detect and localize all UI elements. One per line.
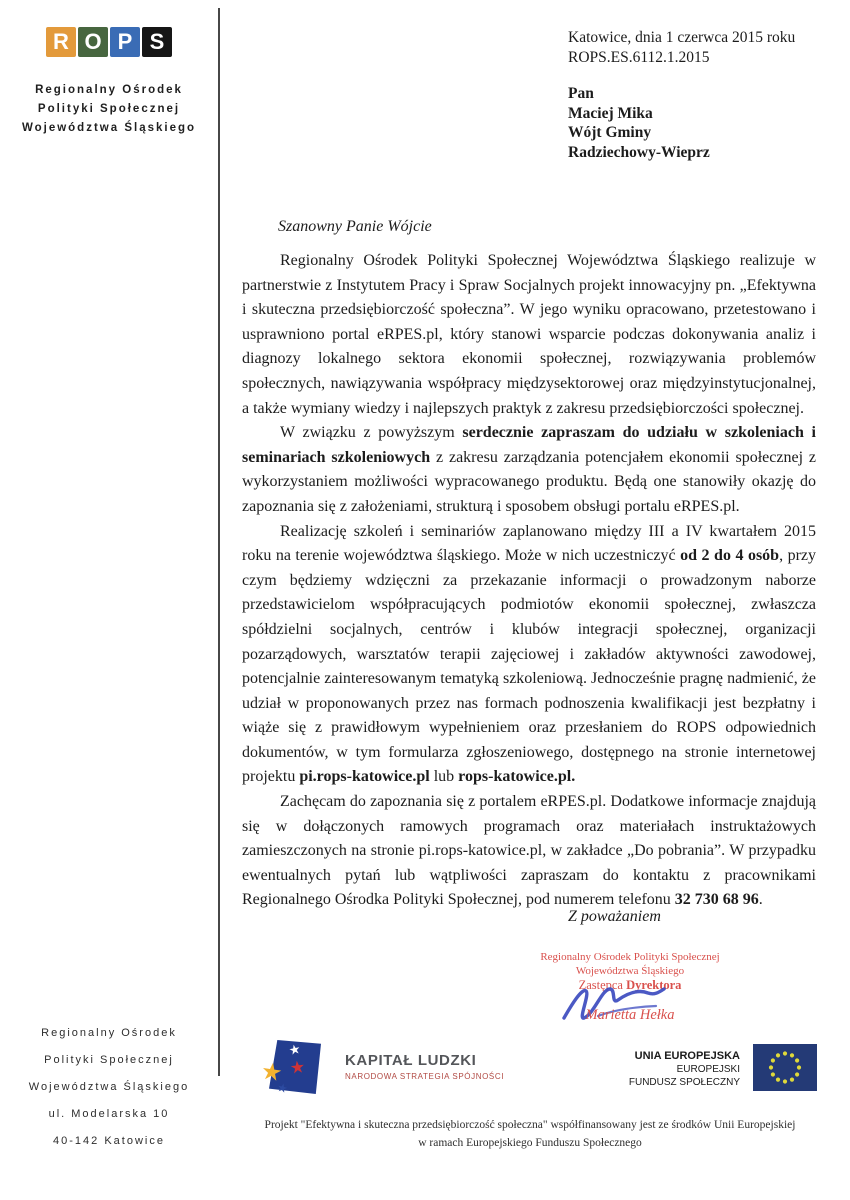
project-cofinancing-footer: Projekt "Efektywna i skuteczna przedsięb… (230, 1116, 830, 1152)
closing-phrase: Z poważaniem (568, 908, 661, 926)
eu-flag-icon (753, 1044, 817, 1091)
address-line: Województwa Śląskiego (0, 1074, 218, 1101)
address-line: ul. Modelarska 10 (0, 1101, 218, 1128)
reference-number: ROPS.ES.6112.1.2015 (568, 48, 795, 68)
footer-address-block: Regionalny Ośrodek Polityki Społecznej W… (0, 1020, 218, 1155)
rops-logo: R O P S (46, 27, 172, 57)
dateline-text: Katowice, dnia 1 czerwca 2015 roku (568, 28, 795, 48)
rops-logo-letter-r: R (46, 27, 76, 57)
recipient-line: Pan (568, 84, 710, 104)
rops-logo-letter-o: O (78, 27, 108, 57)
recipient-line: Wójt Gminy (568, 123, 710, 143)
recipient-line: Radziechowy-Wieprz (568, 143, 710, 163)
kapital-ludzki-title: KAPITAŁ LUDZKI (345, 1052, 504, 1069)
address-line: Regionalny Ośrodek (0, 1020, 218, 1047)
stamp-line: Województwa Śląskiego (518, 965, 742, 979)
org-name-line: Polityki Społecznej (0, 100, 218, 119)
white-star-icon: ★ (288, 1043, 302, 1058)
signer-name: Marietta Hełka (518, 1007, 742, 1024)
paragraph-text: , przy czym będziemy wdzięczni za przeka… (242, 547, 816, 785)
eu-line: EUROPEJSKI (592, 1063, 740, 1076)
rops-logo-letter-s: S (142, 27, 172, 57)
org-name-line: Regionalny Ośrodek (0, 81, 218, 100)
recipient-block: Pan Maciej Mika Wójt Gminy Radziechowy-W… (568, 84, 710, 162)
paragraph-text-bold: od 2 do 4 osób (680, 547, 779, 564)
vertical-divider (218, 8, 220, 1076)
rops-logo-letter-p: P (110, 27, 140, 57)
salutation: Szanowny Panie Wójcie (278, 218, 432, 236)
org-name-line: Województwa Śląskiego (0, 119, 218, 138)
paragraph-text-bold: rops-katowice.pl. (458, 768, 575, 785)
paragraph-invitation: W związku z powyższym serdecznie zaprasz… (242, 421, 816, 519)
paragraph-text: lub (430, 768, 458, 785)
footer-line: w ramach Europejskiego Funduszu Społeczn… (230, 1134, 830, 1152)
paragraph-text: Regionalny Ośrodek Polityki Społecznej W… (242, 252, 816, 417)
letter-body: Regionalny Ośrodek Polityki Społecznej W… (242, 249, 816, 913)
paragraph-contact: Zachęcam do zapoznania się z portalem eR… (242, 790, 816, 913)
blue-star-icon: ★ (276, 1081, 289, 1095)
paragraph-text-bold: 32 730 68 96 (675, 891, 759, 908)
paragraph-intro: Regionalny Ośrodek Polityki Społecznej W… (242, 249, 816, 421)
paragraph-text-bold: pi.rops-katowice.pl (299, 768, 429, 785)
stamp-line: Regionalny Ośrodek Polityki Społecznej (518, 951, 742, 965)
paragraph-text: . (759, 891, 763, 908)
footer-line: Projekt "Efektywna i skuteczna przedsięb… (230, 1116, 830, 1134)
date-and-reference: Katowice, dnia 1 czerwca 2015 roku ROPS.… (568, 28, 795, 68)
address-line: 40-142 Katowice (0, 1128, 218, 1155)
eu-wordmark: UNIA EUROPEJSKA EUROPEJSKI FUNDUSZ SPOŁE… (592, 1050, 740, 1089)
recipient-line: Maciej Mika (568, 104, 710, 124)
kapital-ludzki-subtitle: NARODOWA STRATEGIA SPÓJNOŚCI (345, 1072, 504, 1081)
eu-line: UNIA EUROPEJSKA (592, 1050, 740, 1063)
kapital-ludzki-wordmark: KAPITAŁ LUDZKI NARODOWA STRATEGIA SPÓJNO… (345, 1052, 504, 1081)
eu-line: FUNDUSZ SPOŁECZNY (592, 1076, 740, 1089)
scanned-letter-page: { "letterhead": { "logo_letters": [ {"ch… (0, 0, 850, 1200)
kapital-ludzki-logo: ★ ★ ★ ★ (263, 1038, 329, 1098)
paragraph-details: Realizację szkoleń i seminariów zaplanow… (242, 520, 816, 791)
letterhead-org-name: Regionalny Ośrodek Polityki Społecznej W… (0, 81, 218, 138)
red-star-icon: ★ (289, 1059, 306, 1078)
address-line: Polityki Społecznej (0, 1047, 218, 1074)
paragraph-text: W związku z powyższym (280, 424, 462, 441)
